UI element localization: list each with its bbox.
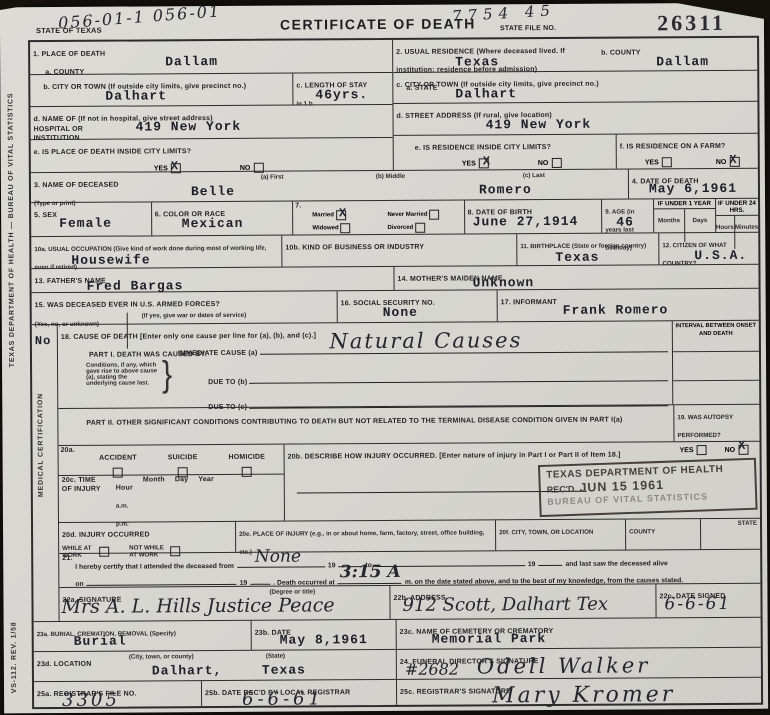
received-stamp: TEXAS DEPARTMENT OF HEALTH REC'D. JUN 15…	[538, 458, 758, 517]
injury-city-label: 20f. CITY, TOWN, OR LOCATION	[499, 529, 593, 537]
no-option: NO	[538, 158, 562, 168]
handwritten-file-numbers: 7754 45	[451, 1, 556, 25]
race-cell: 6. COLOR OR RACE Mexican	[151, 202, 293, 236]
check-mark: X	[171, 159, 178, 173]
armed-forces-row: 15. WAS DECEASED EVER IN U.S. ARMED FORC…	[32, 289, 759, 325]
under-24-hrs-label: IF UNDER 24 HRS.	[716, 199, 758, 216]
first-name-label: (a) First	[261, 174, 284, 181]
place-city-limits-label: e. IS PLACE OF DEATH INSIDE CITY LIMITS?	[34, 148, 192, 156]
location-city-sub: (City, town, or county)	[129, 653, 194, 660]
marital-status-cell: 7. Married X Never Married Widowed	[292, 201, 464, 235]
institution-cell: d. NAME OF (If not in hospital, give str…	[30, 105, 392, 139]
divorced-label: Divorced	[388, 225, 414, 231]
minutes-label: Minutes	[735, 224, 758, 231]
residence-county-value: Dallam	[656, 54, 709, 69]
alive-on-blank	[87, 576, 237, 586]
burial-cell: 23a. BURIAL, CREMATION, REMOVAL (Specify…	[34, 621, 251, 651]
date-of-death-cell: 4. DATE OF DEATH May 6,1961	[628, 169, 758, 199]
interval-label: INTERVAL BETWEEN ONSET AND DEATH	[673, 321, 759, 341]
under-one-year-label: IF UNDER 1 YEAR	[654, 199, 715, 209]
no-label: NO	[716, 158, 727, 165]
state-file-no-label: STATE FILE NO.	[500, 25, 556, 34]
injury-occurred-label: 20d. INJURY OCCURRED	[62, 532, 150, 540]
registrar-signature-cell: 25c. REGISTRAR'S SIGNATURE Mary Kromer	[396, 678, 761, 705]
cause-of-death-row: 18. CAUSE OF DEATH [Enter only one cause…	[58, 321, 760, 409]
yes-option: YES X	[462, 158, 489, 168]
middle-name-label: (b) Middle	[376, 173, 405, 180]
name-of-deceased-cell: 3. NAME OF DECEASED (Type or print) (a) …	[31, 170, 628, 203]
check-mark: X	[339, 206, 346, 220]
left-margin-agency-text: TEXAS DEPARTMENT OF HEALTH — BUREAU OF V…	[7, 65, 16, 395]
immediate-cause-label: IMMEDIATE CAUSE (a)	[178, 350, 258, 359]
stamp-date: JUN 15 1961	[579, 478, 664, 495]
injury-20a-num: 20a.	[61, 447, 75, 456]
days-label: Days	[693, 217, 708, 224]
first-name-value: Belle	[191, 184, 235, 199]
due-to-b-label: DUE TO (b)	[208, 379, 247, 388]
informant-cell: 17. INFORMANT Frank Romero	[497, 289, 759, 322]
residence-farm-label: f. IS RESIDENCE ON A FARM?	[620, 143, 726, 151]
no-checkbox	[551, 158, 561, 168]
length-of-stay-cell: c. LENGTH OF STAY in 1 b. 46yrs.	[292, 73, 392, 105]
institution-row: d. NAME OF (If not in hospital, give str…	[30, 105, 392, 140]
check-mark: X	[483, 154, 490, 168]
check-mark: X	[729, 153, 736, 167]
funeral-director-cell: 24. FUNERAL DIRECTOR'S SIGNATURE #2682 O…	[396, 648, 761, 679]
signature-value: Mrs A. L. Hills Justice Peace	[61, 594, 334, 618]
informant-value: Frank Romero	[563, 302, 669, 318]
part2-cell: PART II. OTHER SIGNIFICANT CONDITIONS CO…	[58, 405, 673, 445]
date-of-birth-value: June 27,1914	[473, 214, 579, 230]
residence-county-label: b. COUNTY	[601, 49, 641, 58]
place-of-death-county-cell: 1. PLACE OF DEATH a. COUNTY Dallam	[30, 40, 392, 74]
name-label: 3. NAME OF DECEASED	[34, 182, 119, 190]
informant-label: 17. INFORMANT	[501, 299, 557, 306]
never-married-option: Never Married	[387, 210, 460, 220]
divorced-option: Divorced	[388, 223, 461, 233]
residence-farm-cell: f. IS RESIDENCE ON A FARM? YES NO X	[616, 134, 758, 169]
yes-option: YES	[645, 157, 672, 167]
location-city-value: Dalhart,	[152, 663, 223, 678]
interval-line-a	[673, 351, 759, 353]
cause-of-death-title: 18. CAUSE OF DEATH [Enter only one cause…	[61, 332, 316, 341]
yes-label: YES	[154, 165, 168, 172]
homicide-label: HOMICIDE	[228, 454, 265, 461]
place-city-limits-row: e. IS PLACE OF DEATH INSIDE CITY LIMITS?…	[31, 138, 393, 175]
scan-shadow-top-right	[660, 0, 770, 20]
attended-from-blank: None	[237, 559, 325, 569]
conditions-note: Conditions, if any, which gave rise to a…	[86, 362, 158, 386]
registrar-file-cell: 25a. REGISTRAR'S FILE NO. 3305	[34, 681, 201, 707]
funeral-director-signature: Odell Walker	[477, 653, 651, 678]
business-cell: 10b. KIND OF BUSINESS OR INDUSTRY	[281, 234, 516, 266]
certify-text1: I hereby certify that I attended the dec…	[75, 563, 234, 571]
under-one-year-cell: IF UNDER 1 YEAR Months Days	[653, 199, 715, 232]
widowed-checkbox	[341, 223, 351, 233]
marital-num: 7.	[295, 203, 301, 212]
certificate-title: CERTIFICATE OF DEATH	[280, 15, 476, 32]
accident-label: ACCIDENT	[99, 455, 137, 462]
months-label: Months	[658, 217, 680, 224]
race-value: Mexican	[182, 216, 244, 231]
year-label-2: 19	[528, 561, 536, 568]
address-cell: 22b. ADDRESS 912 Scott, Dalhart Tex	[389, 584, 655, 618]
medical-certification-block: MEDICAL CERTIFICATION TEXAS DEPARTMENT O…	[32, 321, 761, 622]
conditions-brace: }	[162, 355, 172, 396]
registrar-file-value: 3305	[62, 690, 120, 711]
address-value: 912 Scott, Dalhart Tex	[402, 594, 608, 616]
medical-certification-strip: MEDICAL CERTIFICATION	[32, 325, 60, 621]
location-director-row: 23d. LOCATION (City, town, or county) (S…	[34, 648, 761, 682]
yes-label: YES	[462, 160, 476, 167]
hour-label: Hour	[116, 485, 133, 492]
yes-checkbox: X	[479, 158, 489, 168]
married-checkbox: X	[336, 210, 346, 220]
burial-date-cell: 23b. DATE May 8,1961	[251, 620, 396, 650]
registrar-date-value: 6-6-61	[242, 688, 324, 710]
residence-state-cell: 2. USUAL RESIDENCE (Where deceased lived…	[393, 39, 598, 72]
cause-of-death-cell: 18. CAUSE OF DEATH [Enter only one cause…	[58, 321, 672, 408]
stamp-recd-label: REC'D.	[547, 484, 577, 495]
date-of-birth-cell: 8. DATE OF BIRTH June 27,1914	[464, 200, 602, 234]
last-name-label: (c) Last	[523, 172, 545, 179]
last-name-value: Romero	[479, 182, 532, 197]
residence-city-value: Dalhart	[455, 86, 517, 101]
burial-location-cell: 23d. LOCATION (City, town, or county) (S…	[34, 650, 396, 681]
birthplace-value: Texas	[555, 250, 599, 265]
registrar-signature-value: Mary Kromer	[492, 682, 675, 708]
place-city-limits-cell: e. IS PLACE OF DEATH INSIDE CITY LIMITS?…	[31, 138, 393, 175]
city-or-town-cell: b. CITY OR TOWN (If outside city limits,…	[30, 74, 292, 107]
mother-cell: 14. MOTHER'S MAIDEN NAME Unknown	[393, 265, 758, 290]
signature-cell: 22a. SIGNATURE (Degree or title) Mrs A. …	[59, 586, 389, 621]
year-label-1: 19	[328, 562, 336, 569]
interval-line-b	[673, 380, 759, 382]
certification-statement-row: 21. I hereby certify that I attended the…	[59, 550, 760, 588]
funeral-director-number: #2682	[405, 660, 459, 679]
on-label: on	[75, 581, 83, 588]
location-state-value: Texas	[262, 662, 306, 677]
never-married-checkbox	[429, 210, 439, 220]
accident-suicide-homicide-cell: 20a. ACCIDENT SUICIDE	[59, 445, 284, 476]
location-state-sub: (State)	[266, 653, 285, 660]
occupation-value: Housewife	[71, 252, 150, 267]
citizen-value: U.S.A.	[694, 248, 747, 263]
certificate-header: 056-01-1 056-01 STATE OF TEXAS CERTIFICA…	[0, 3, 764, 41]
county-value: Dallam	[165, 54, 218, 69]
city-or-town-value: Dalhart	[105, 88, 167, 103]
part2-row: PART II. OTHER SIGNIFICANT CONDITIONS CO…	[58, 405, 759, 446]
never-married-label: Never Married	[387, 212, 427, 218]
certify-text2: and last saw the deceased alive	[565, 560, 667, 568]
registrar-date-cell: 25b. DATE REC'D BY LOCAL REGISTRAR 6-6-6…	[201, 680, 396, 706]
describe-injury-label: 20b. DESCRIBE HOW INJURY OCCURRED. [Ente…	[288, 452, 621, 461]
due-to-b-line: DUE TO (b)	[208, 372, 668, 388]
residence-farm-options: YES NO X	[645, 157, 755, 168]
sex-value: Female	[59, 216, 112, 231]
age-value: 46	[616, 214, 634, 229]
immediate-cause-line: IMMEDIATE CAUSE (a) Natural Causes	[178, 343, 668, 359]
married-option: Married X	[312, 210, 385, 220]
medical-certification-label: MEDICAL CERTIFICATION	[37, 345, 45, 545]
date-signed-cell: 22c. DATE SIGNED 6-6-61	[655, 584, 760, 618]
injury-left-column: 20a. ACCIDENT SUICIDE	[59, 445, 284, 522]
year-label-3: 19	[240, 580, 248, 587]
cemetery-cell: 23c. NAME OF CEMETERY OR CREMATORY Memor…	[396, 618, 761, 649]
certificate-form: 1. PLACE OF DEATH a. COUNTY Dallam b. CI…	[28, 36, 763, 709]
occupation-cell: 10a. USUAL OCCUPATION (Give kind of work…	[31, 236, 281, 269]
immediate-cause-value: Natural Causes	[329, 328, 522, 353]
residence-county-cell: b. COUNTY Dallam	[598, 38, 757, 71]
certification-line1: I hereby certify that I attended the dec…	[75, 556, 756, 571]
ssn-cell: 16. SOCIAL SECURITY NO. None	[337, 290, 497, 322]
sex-race-marital-birth-row: 5. SEX Female 6. COLOR OR RACE Mexican 7…	[31, 199, 758, 237]
burial-row: 23a. BURIAL, CREMATION, REMOVAL (Specify…	[34, 618, 761, 652]
date-of-death-value: May 6,1961	[649, 181, 737, 197]
yes-checkbox	[662, 157, 672, 167]
date-signed-value: 6-6-61	[664, 594, 731, 614]
married-label: Married	[312, 212, 334, 218]
place-of-death-section: 1. PLACE OF DEATH a. COUNTY Dallam b. CI…	[30, 40, 393, 172]
marital-options: Married X Never Married Widowed Divorced	[312, 210, 461, 234]
suicide-label: SUICIDE	[168, 454, 198, 461]
burial-value: Burial	[74, 634, 127, 649]
residence-limits-farm-row: e. IS RESIDENCE INSIDE CITY LIMITS? YES …	[394, 134, 758, 170]
armed-forces-label: 15. WAS DECEASED EVER IN U.S. ARMED FORC…	[35, 301, 220, 309]
birthplace-cell: 11. BIRTHPLACE (State or foreign country…	[516, 233, 658, 265]
under-24-hrs-cell: IF UNDER 24 HRS. Hours Minutes	[715, 199, 758, 232]
burial-date-value: May 8,1961	[280, 632, 368, 648]
scan-shadow-top-left	[0, 0, 60, 10]
usual-residence-section: 2. USUAL RESIDENCE (Where deceased lived…	[392, 38, 758, 170]
hours-label: Hours	[716, 224, 734, 231]
injury-location-row: 20d. INJURY OCCURRED WHILE AT WORK NOT W…	[59, 519, 760, 554]
mother-value: Unknown	[472, 275, 534, 290]
place-of-death-county-row: 1. PLACE OF DEATH a. COUNTY Dallam	[30, 40, 392, 75]
residence-street-cell: d. STREET ADDRESS (If rural, give locati…	[393, 102, 757, 135]
medical-certification-main: TEXAS DEPARTMENT OF HEALTH REC'D. JUN 15…	[58, 321, 761, 621]
autopsy-cell: 19. WAS AUTOPSY PERFORMED? YES NO X	[673, 405, 759, 442]
sex-cell: 5. SEX Female	[31, 202, 151, 236]
institution-value: 419 New York	[136, 119, 242, 135]
interval-column: INTERVAL BETWEEN ONSET AND DEATH	[672, 321, 760, 405]
injury-state-label: STATE	[738, 520, 757, 527]
yes-label: YES	[645, 159, 659, 166]
attended-from-value: None	[255, 547, 301, 567]
physician-signature-row: 22a. SIGNATURE (Degree or title) Mrs A. …	[59, 584, 760, 621]
no-label: NO	[538, 159, 549, 166]
widowed-label: Widowed	[312, 225, 338, 231]
ssn-value: None	[383, 305, 418, 320]
injury-city-cell: 20f. CITY, TOWN, OR LOCATION	[495, 520, 625, 551]
divorced-checkbox	[415, 223, 425, 233]
residence-state-value: Texas	[455, 54, 499, 69]
business-label: 10b. KIND OF BUSINESS OR INDUSTRY	[285, 244, 424, 252]
residence-street-row: d. STREET ADDRESS (If rural, give locati…	[393, 102, 757, 136]
death-time-blank: 3:15 A	[338, 575, 402, 584]
armed-forces-cell: 15. WAS DECEASED EVER IN U.S. ARMED FORC…	[32, 291, 337, 324]
age-cell: 9. AGE (in years last birthday) 46	[601, 199, 653, 232]
no-label: NO	[240, 164, 251, 171]
death-certificate-document: TEXAS DEPARTMENT OF HEALTH — BUREAU OF V…	[0, 3, 768, 714]
citizen-cell: 12. CITIZEN OF WHAT COUNTRY? U.S.A.	[658, 233, 758, 265]
injury-state-cell: STATE	[700, 519, 760, 549]
certification-num: 21.	[62, 555, 72, 564]
occupation-row: 10a. USUAL OCCUPATION (Give kind of work…	[31, 233, 758, 269]
residence-state-county-row: 2. USUAL RESIDENCE (Where deceased lived…	[393, 38, 757, 73]
widowed-option: Widowed	[312, 223, 385, 233]
sex-label: 5. SEX	[34, 212, 57, 219]
place-of-death-city-row: b. CITY OR TOWN (If outside city limits,…	[30, 73, 392, 107]
location-label: 23d. LOCATION	[37, 661, 92, 668]
registrar-row: 25a. REGISTRAR'S FILE NO. 3305 25b. DATE…	[34, 678, 761, 707]
place-of-death-title: 1. PLACE OF DEATH	[33, 51, 105, 58]
top-section: 1. PLACE OF DEATH a. COUNTY Dallam b. CI…	[30, 38, 758, 172]
autopsy-label: 19. WAS AUTOPSY PERFORMED?	[677, 414, 733, 439]
injury-county-label: COUNTY	[629, 528, 655, 535]
year-blank-2	[538, 557, 562, 566]
residence-street-value: 419 New York	[486, 117, 592, 133]
residence-city-limits-options: YES X NO	[462, 158, 613, 169]
no-option: NO X	[716, 157, 740, 167]
year-blank-3	[250, 576, 270, 585]
length-of-stay-value: 46yrs.	[315, 87, 368, 102]
cemetery-value: Memorial Park	[432, 631, 547, 647]
name-of-deceased-row: 3. NAME OF DECEASED (Type or print) (a) …	[31, 169, 758, 203]
injury-occurred-cell: 20d. INJURY OCCURRED WHILE AT WORK NOT W…	[59, 522, 235, 553]
state-of-texas-label: STATE OF TEXAS	[36, 26, 102, 36]
due-to-b-blank	[249, 372, 668, 384]
am-label: a.m.	[116, 503, 128, 510]
part2-label: PART II. OTHER SIGNIFICANT CONDITIONS CO…	[86, 417, 622, 427]
injury-county-cell: COUNTY	[625, 519, 700, 549]
residence-city-row: c. CITY OR TOWN (If outside city limits,…	[393, 71, 757, 104]
form-code: VS-112. REV. 1/58	[11, 607, 19, 707]
no-checkbox: X	[729, 157, 739, 167]
father-cell: 13. FATHER'S NAME Fred Bargas	[31, 267, 393, 292]
residence-city-limits-label: e. IS RESIDENCE INSIDE CITY LIMITS?	[415, 144, 551, 152]
immediate-cause-blank: Natural Causes	[259, 343, 668, 354]
residence-city-cell: c. CITY OR TOWN (If outside city limits,…	[393, 71, 757, 103]
residence-city-limits-cell: e. IS RESIDENCE INSIDE CITY LIMITS? YES …	[394, 135, 616, 170]
death-time-value: 3:15 A	[340, 562, 401, 582]
